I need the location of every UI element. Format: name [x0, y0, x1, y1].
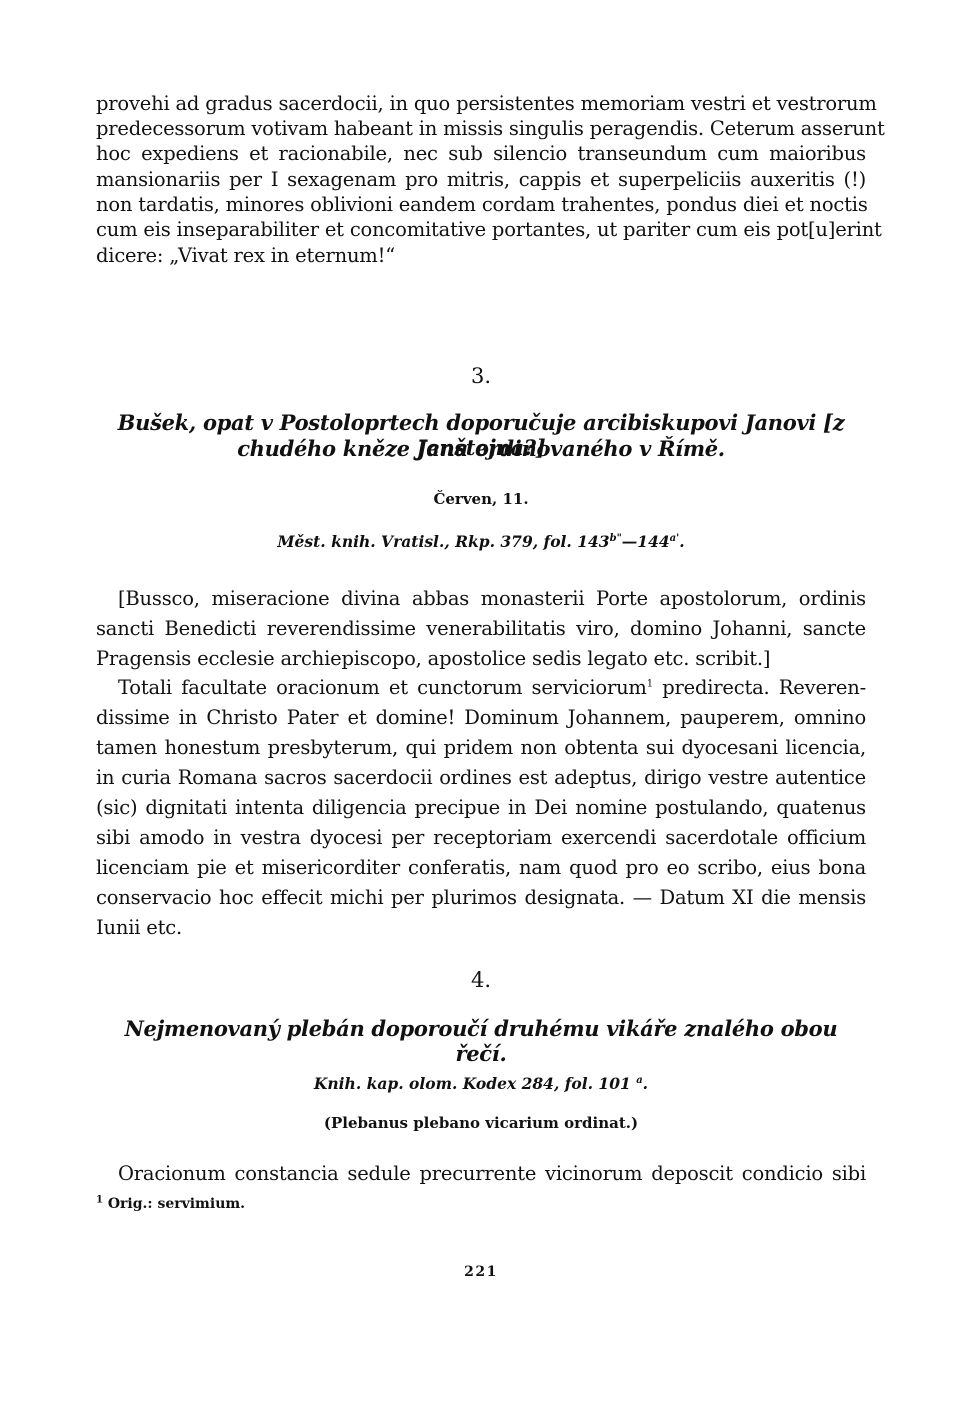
footnote-marker: 1 [96, 1194, 103, 1205]
text-line: mansionariis per I sexagenam pro mitris,… [96, 168, 866, 191]
text-line: dicere: „Vivat rex in eternum!“ [96, 244, 866, 267]
source-citation: Měst. knih. Vratisl., Rkp. 379, fol. 143… [96, 532, 866, 551]
source-citation: Knih. kap. olom. Kodex 284, fol. 101 a. [96, 1074, 866, 1093]
footnote: 1 Orig.: servimium. [96, 1196, 245, 1212]
text-line: sancti Benedicti reverendissime venerabi… [96, 617, 866, 640]
source-text: Měst. knih. Vratisl., Rkp. 379, fol. 143 [277, 532, 609, 551]
text-line: licenciam pie et misericorditer conferat… [96, 856, 866, 879]
text-line: Pragensis ecclesie archiepiscopo, aposto… [96, 647, 866, 670]
source-text: Knih. kap. olom. Kodex 284, fol. 101 [314, 1074, 631, 1093]
text-span: Totali facultate oracionum et cunctorum … [118, 676, 647, 699]
source-text: —144 [622, 532, 670, 551]
source-text: . [679, 532, 684, 551]
text-line: provehi ad gradus sacerdocii, in quo per… [96, 92, 866, 115]
text-line: Totali facultate oracionum et cunctorum … [118, 676, 866, 699]
date-line: Červen, 11. [96, 490, 866, 508]
text-line: tamen honestum presbyterum, qui pridem n… [96, 736, 866, 759]
text-line: in curia Romana sacros sacerdocii ordine… [96, 766, 866, 789]
text-line: (sic) dignitati intenta diligencia preci… [96, 796, 866, 819]
text-line: Iunii etc. [96, 916, 866, 939]
text-line: [Bussco, miseracione divina abbas monast… [118, 587, 866, 610]
text-span: predirecta. Reveren- [653, 676, 866, 699]
section-title: chudého kněze Jana ordinovaného v Římě. [96, 436, 866, 461]
text-line: sibi amodo in vestra dyocesi per recepto… [96, 826, 866, 849]
section-title: Nejmenovaný plebán doporoučí druhému vik… [96, 1016, 866, 1066]
folio-superscript: a' [670, 533, 680, 544]
text-line: Oracionum constancia sedule precurrente … [118, 1162, 866, 1185]
text-line: dissime in Christo Pater et domine! Domi… [96, 706, 866, 729]
text-line: hoc expediens et racionabile, nec sub si… [96, 142, 866, 165]
page-number: 221 [96, 1264, 866, 1280]
text-line: cum eis inseparabiliter et concomitative… [96, 218, 866, 241]
text-line: non tardatis, minores oblivioni eandem c… [96, 193, 866, 216]
section-number: 4. [96, 968, 866, 992]
text-line: conservacio hoc effecit michi per plurim… [96, 886, 866, 909]
folio-superscript: b" [610, 533, 622, 544]
text-line: predecessorum votivam habeant in missis … [96, 117, 866, 140]
section-number: 3. [96, 364, 866, 388]
source-text: . [643, 1074, 648, 1093]
latin-subtitle: (Plebanus plebano vicarium ordinat.) [96, 1114, 866, 1132]
footnote-text: Orig.: servimium. [103, 1196, 245, 1212]
